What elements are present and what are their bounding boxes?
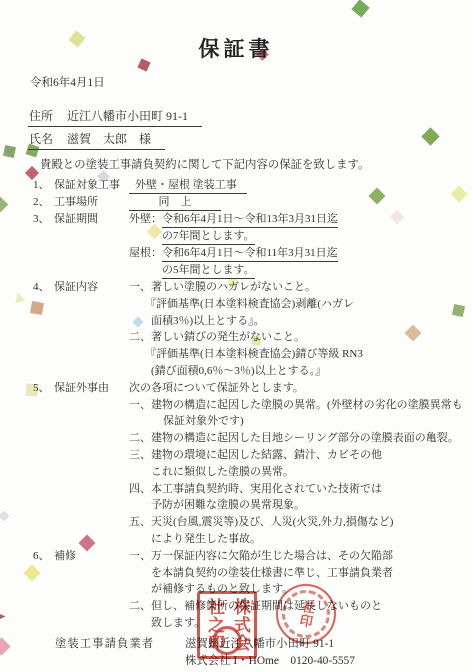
item-number: 1、 xyxy=(33,177,54,194)
item-number: 5、 xyxy=(33,380,54,397)
sub-marker: 一、 xyxy=(129,279,151,296)
sub-lines: 著しい錆びの発生がないこと。 『評価基準(日本塗料検査協会)錆び等級 RN3 (… xyxy=(151,329,472,379)
period-roof-line: 屋根：令和6年4月1日～令和11年3月31日迄 xyxy=(129,245,472,262)
recipient-block: 住所近江八幡市小田町 91-1 氏名滋賀 太郎 様 xyxy=(28,107,472,150)
text-line: 『評価基準(日本塗料検査協会)剥離(ハガレ xyxy=(145,296,472,313)
sub-marker: 二、 xyxy=(129,329,151,346)
sub-lines: 天災(台風,震災等)及び、人災(火災,外力,損傷など) により発生した事故。 xyxy=(151,514,472,548)
item-label: 保証対象工事 xyxy=(54,177,129,194)
company-square-seal: 株式会社之印 xyxy=(197,591,257,659)
recipient-name-line: 氏名滋賀 太郎 様 xyxy=(28,130,472,150)
recipient-name-underline: 氏名滋賀 太郎 様 xyxy=(28,130,165,150)
sub-lines: 著しい塗膜のハガレがないこと。 『評価基準(日本塗料検査協会)剥離(ハガレ 面積… xyxy=(151,279,472,329)
period-wall-line: 外壁：令和6年4月1日～令和13年3月31日迄 xyxy=(129,211,472,228)
warranty-document-page: 保証書 令和6年4月1日 住所近江八幡市小田町 91-1 氏名滋賀 太郎 様 貴… xyxy=(0,0,472,672)
text-line: 面積3％)以上とする』。 xyxy=(151,313,472,330)
sub-marker: 二、 xyxy=(129,430,151,447)
contractor-phone: 0120-40-5557 xyxy=(290,655,355,667)
covered-work-value: 外壁・屋根 塗装工事 xyxy=(129,178,247,194)
square-seal-inner-circle-icon xyxy=(213,626,242,655)
warranty-content-subs: 一、 著しい塗膜のハガレがないこと。 『評価基準(日本塗料検査協会)剥離(ハガレ… xyxy=(129,279,472,380)
sub-item-2: 二、 建物の構造に起因した目地シーリング部分の塗膜表面の亀裂。 xyxy=(129,430,472,447)
item-value-wrap: 同 上 xyxy=(129,194,472,211)
period-wall-prefix: 外壁： xyxy=(129,213,162,225)
page-title: 保証書 xyxy=(0,0,472,63)
intro-sentence: 貴殿との塗装工事請負契約に関して下記内容の保証を致します。 xyxy=(40,156,472,172)
text-line: 建物の構造に起因した塗膜の異常。(外壁材の劣化の塗膜異常も xyxy=(151,397,472,414)
sub-item-1: 一、 著しい塗膜のハガレがないこと。 『評価基準(日本塗料検査協会)剥離(ハガレ… xyxy=(129,279,472,329)
issue-date: 令和6年4月1日 xyxy=(30,74,472,90)
item-work-site: 2、 工事場所 同 上 xyxy=(33,194,472,211)
period-wall-duration: の7年間とします。 xyxy=(162,228,472,245)
contractor-block: 塗装工事請負業者 滋賀県近江八幡市小田町 91-1 株式会社 I・HOme 01… xyxy=(55,636,472,670)
exclusions-subs: 次の各項について保証外とします。 一、 建物の構造に起因した塗膜の異常。(外壁材… xyxy=(129,380,472,548)
item-value-wrap: 外壁・屋根 塗装工事 xyxy=(129,177,472,194)
text-line: を本請負契約の塗装仕様書に準じ、工事請負業者 xyxy=(151,565,472,582)
sub-lines: 本工事請負契約時、実用化されていた技術では 予防が困難な塗膜の異常現象。 xyxy=(151,481,472,515)
sub-lines: 建物の構造に起因した塗膜の異常。(外壁材の劣化の塗膜異常も 保証対象外です) xyxy=(151,397,472,431)
sub-item-1: 一、 建物の構造に起因した塗膜の異常。(外壁材の劣化の塗膜異常も 保証対象外です… xyxy=(129,397,472,431)
document-content: 保証書 令和6年4月1日 住所近江八幡市小田町 91-1 氏名滋賀 太郎 様 貴… xyxy=(0,0,472,670)
text-line: (錆び面積0,6％～3％)以上とする。』 xyxy=(151,363,472,380)
item-number: 6、 xyxy=(33,548,54,565)
period-roof-duration-text: の5年間とします。 xyxy=(162,263,255,279)
item-number: 4、 xyxy=(33,279,54,296)
item-number: 2、 xyxy=(33,194,54,211)
item-label: 補修 xyxy=(54,548,129,565)
text-line: 天災(台風,震災等)及び、人災(火災,外力,損傷など) xyxy=(151,514,472,531)
text-line: 建物の環境に起因した結露、錆汁、カビその他 xyxy=(151,447,472,464)
sub-item-3: 三、 建物の環境に起因した結露、錆汁、カビその他 これに類似した塗膜の異常。 xyxy=(129,447,472,481)
text-line: 『評価基準(日本塗料検査協会)錆び等級 RN3 xyxy=(145,346,472,363)
work-site-value: 同 上 xyxy=(129,195,221,211)
sub-marker: 五、 xyxy=(129,514,151,531)
period-roof-duration: の5年間とします。 xyxy=(162,262,472,279)
sub-marker: 二、 xyxy=(129,598,151,615)
recipient-address-line: 住所近江八幡市小田町 91-1 xyxy=(28,107,472,127)
text-line: 著しい錆びの発生がないこと。 xyxy=(151,329,472,346)
item-covered-work: 1、 保証対象工事 外壁・屋根 塗装工事 xyxy=(33,177,472,194)
sub-lines: 建物の構造に起因した目地シーリング部分の塗膜表面の亀裂。 xyxy=(151,430,472,447)
text-line: 建物の構造に起因した目地シーリング部分の塗膜表面の亀裂。 xyxy=(151,430,472,447)
period-roof-range: 令和6年4月1日～令和11年3月31日迄 xyxy=(162,246,338,262)
item-number: 3、 xyxy=(33,211,54,228)
address-label: 住所 xyxy=(29,109,53,123)
sub-marker: 四、 xyxy=(129,481,151,498)
sub-marker: 一、 xyxy=(129,548,151,565)
contractor-label: 塗装工事請負業者 xyxy=(55,636,185,670)
item-warranty-period: 3、 保証期間 外壁：令和6年4月1日～令和13年3月31日迄 の7年間とします… xyxy=(33,211,472,279)
warranty-items: 1、 保証対象工事 外壁・屋根 塗装工事 2、 工事場所 同 上 3、 保証期間… xyxy=(33,177,472,632)
text-line: 万一保証内容に欠陥が生じた場合は、その欠陥部 xyxy=(151,548,472,565)
text-line: 予防が困難な塗膜の異常現象。 xyxy=(151,497,472,514)
text-line: 本工事請負契約時、実用化されていた技術では xyxy=(151,481,472,498)
period-roof-prefix: 屋根： xyxy=(129,247,162,259)
address-value: 近江八幡市小田町 91-1 xyxy=(67,109,188,123)
sub-lines: 建物の環境に起因した結露、錆汁、カビその他 これに類似した塗膜の異常。 xyxy=(151,447,472,481)
item-label: 保証内容 xyxy=(54,279,129,296)
item-warranty-content: 4、 保証内容 一、 著しい塗膜のハガレがないこと。 『評価基準(日本塗料検査協… xyxy=(33,279,472,380)
sub-marker: 三、 xyxy=(129,447,151,464)
text-line: 保証対象外です) xyxy=(163,413,472,430)
sub-item-4: 四、 本工事請負契約時、実用化されていた技術では 予防が困難な塗膜の異常現象。 xyxy=(129,481,472,515)
period-wall-duration-text: の7年間とします。 xyxy=(162,229,255,245)
item-label: 保証期間 xyxy=(54,211,129,228)
name-value: 滋賀 太郎 様 xyxy=(67,132,151,146)
sub-item-5: 五、 天災(台風,震災等)及び、人災(火災,外力,損傷など) により発生した事故… xyxy=(129,514,472,548)
sub-item-2: 二、 著しい錆びの発生がないこと。 『評価基準(日本塗料検査協会)錆び等級 RN… xyxy=(129,329,472,379)
sub-marker: 一、 xyxy=(129,397,151,414)
warranty-period-lines: 外壁：令和6年4月1日～令和13年3月31日迄 の7年間とします。 屋根：令和6… xyxy=(129,211,472,279)
exclusions-intro: 次の各項について保証外とします。 xyxy=(129,380,472,397)
period-wall-range: 令和6年4月1日～令和13年3月31日迄 xyxy=(162,212,338,228)
item-warranty-exclusions: 5、 保証外事由 次の各項について保証外とします。 一、 建物の構造に起因した塗… xyxy=(33,380,472,548)
text-line: 著しい塗膜のハガレがないこと。 xyxy=(151,279,472,296)
item-label: 工事場所 xyxy=(54,194,129,211)
name-label: 氏名 xyxy=(29,132,53,146)
text-line: これに類似した塗膜の異常。 xyxy=(151,464,472,481)
item-label: 保証外事由 xyxy=(54,380,129,397)
text-line: により発生した事故。 xyxy=(151,531,472,548)
recipient-address-underline: 住所近江八幡市小田町 91-1 xyxy=(28,107,202,127)
